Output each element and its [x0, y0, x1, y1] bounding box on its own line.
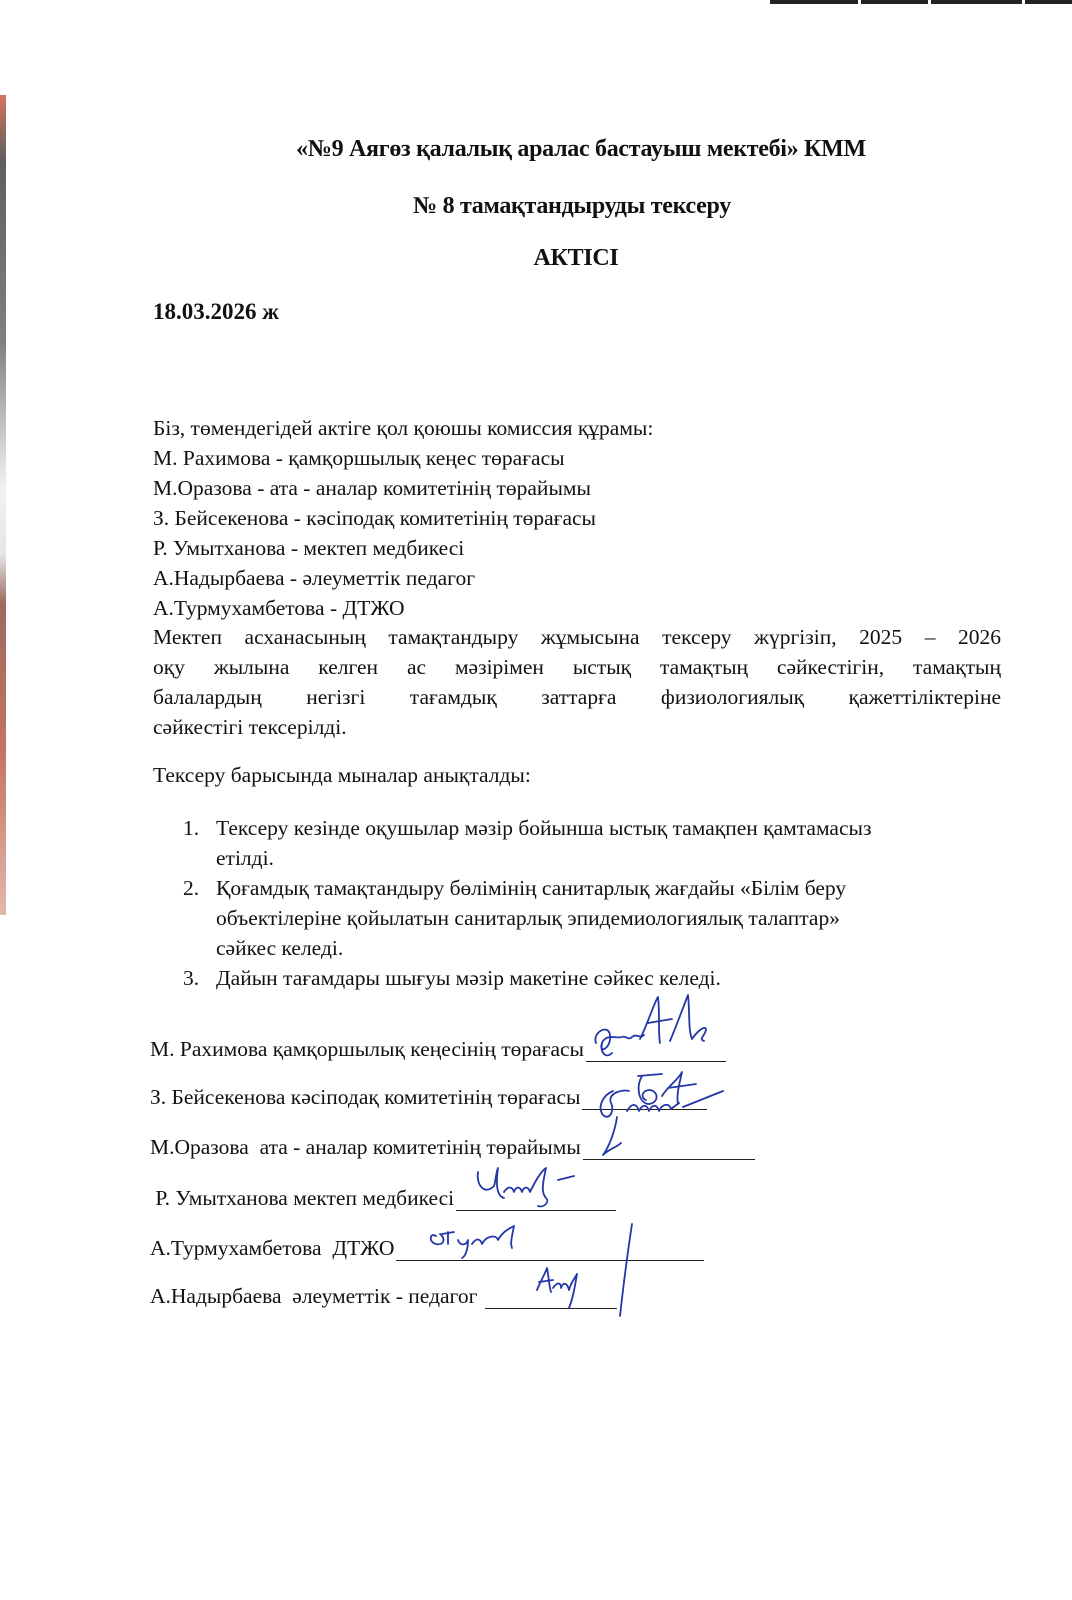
signature-line [485, 1284, 617, 1309]
finding-item: 2. Қоғамдық тамақтандыру бөлімінің санит… [183, 873, 1003, 963]
handwritten-signature-icon [531, 1260, 591, 1310]
paragraph-line: балалардың негізгі тағамдық заттарға физ… [153, 682, 1001, 712]
finding-item: 1. Тексеру кезінде оқушылар мәзір бойынш… [183, 813, 1003, 873]
document-page: «№9 Аягөз қалалық аралас бастауыш мектеб… [0, 0, 1072, 1600]
signature-row-rakhimova: М. Рахимова қамқоршылық кеңесінің төраға… [150, 1037, 726, 1062]
finding-number: 2. [183, 873, 216, 963]
handwritten-signature-icon [474, 1162, 614, 1212]
commission-intro: Біз, төмендегідей актіге қол қоюшы комис… [153, 413, 1001, 443]
signatory-label: А.Надырбаева әлеуметтік - педагог [150, 1284, 483, 1309]
finding-text-line: етілді. [216, 843, 1003, 873]
handwritten-signature-icon [588, 993, 728, 1063]
signature-line [586, 1037, 726, 1062]
inspection-purpose-paragraph: Мектеп асханасының тамақтандыру жұмысына… [153, 622, 1001, 742]
commission-member: Р. Умытханова - мектеп медбикесі [153, 533, 1001, 563]
organization-title: «№9 Аягөз қалалық аралас бастауыш мектеб… [0, 136, 1072, 163]
signature-line [583, 1135, 755, 1160]
commission-section: Біз, төмендегідей актіге қол қоюшы комис… [153, 413, 1001, 623]
handwritten-signature-icon [426, 1222, 536, 1262]
commission-member: А.Турмухамбетова - ДТЖО [153, 593, 1001, 623]
finding-item: 3. Дайын тағамдары шығуы мәзір макетіне … [183, 963, 1003, 993]
document-date: 18.03.2026 ж [153, 299, 279, 325]
signature-row-umytkhanova: Р. Умытханова мектеп медбикесі [150, 1186, 616, 1211]
findings-intro: Тексеру барысында мыналар анықталды: [153, 763, 531, 788]
commission-member: М.Оразова - ата - аналар комитетінің төр… [153, 473, 1001, 503]
signatory-label: А.Турмухамбетова ДТЖО [150, 1236, 394, 1261]
finding-number: 1. [183, 813, 216, 873]
commission-member: А.Надырбаева - әлеуметтік педагог [153, 563, 1001, 593]
signature-line [396, 1236, 704, 1261]
handwritten-signature-icon [593, 1081, 753, 1161]
finding-text-line: Қоғамдық тамақтандыру бөлімінің санитарл… [216, 873, 1003, 903]
inspection-subject: № 8 тамақтандыруды тексеру [0, 193, 1072, 220]
signature-line [456, 1186, 616, 1211]
paragraph-line: оқу жылына келген ас мәзірімен ыстық там… [153, 652, 1001, 682]
paragraph-line: сәйкестігі тексерілді. [153, 712, 1001, 742]
document-type-heading: АКТІСІ [0, 245, 1072, 272]
signature-row-orazova: М.Оразова ата - аналар комитетінің төрай… [150, 1135, 755, 1160]
finding-text-line: Дайын тағамдары шығуы мәзір макетіне сәй… [216, 963, 1003, 993]
signature-stroke-overlap-icon [614, 1220, 644, 1320]
signature-row-nadyrbaeva: А.Надырбаева әлеуметтік - педагог [150, 1284, 617, 1309]
findings-list: 1. Тексеру кезінде оқушылар мәзір бойынш… [183, 813, 1003, 993]
finding-text-line: сәйкес келеді. [216, 933, 1003, 963]
finding-text-line: объектілеріне қойылатын санитарлық эпиде… [216, 903, 1003, 933]
finding-text-line: Тексеру кезінде оқушылар мәзір бойынша ы… [216, 813, 1003, 843]
signatory-label: М. Рахимова қамқоршылық кеңесінің төраға… [150, 1037, 584, 1062]
signature-row-turmukhambetova: А.Турмухамбетова ДТЖО [150, 1236, 704, 1261]
commission-member: З. Бейсекенова - кәсіподақ комитетінің т… [153, 503, 1001, 533]
signatory-label: Р. Умытханова мектеп медбикесі [150, 1186, 454, 1211]
signatory-label: М.Оразова ата - аналар комитетінің төрай… [150, 1135, 581, 1160]
signatory-label: З. Бейсекенова кәсіподақ комитетінің төр… [150, 1085, 580, 1110]
paragraph-line: Мектеп асханасының тамақтандыру жұмысына… [153, 622, 1001, 652]
commission-member: М. Рахимова - қамқоршылық кеңес төрағасы [153, 443, 1001, 473]
finding-number: 3. [183, 963, 216, 993]
